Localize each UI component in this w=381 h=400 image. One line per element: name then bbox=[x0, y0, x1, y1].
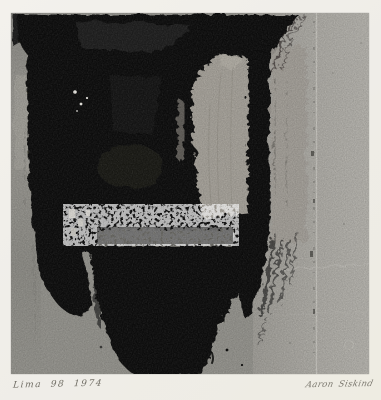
photograph-print bbox=[11, 13, 369, 374]
photograph-mount-page: Lima 98 1974 Aaron Siskind bbox=[0, 0, 381, 400]
abstract-wall-photo-graphic bbox=[11, 13, 369, 374]
grain-overlay-light bbox=[11, 13, 369, 374]
artist-signature: Aaron Siskind bbox=[262, 379, 375, 392]
pencil-caption: Lima 98 1974 bbox=[13, 376, 164, 391]
